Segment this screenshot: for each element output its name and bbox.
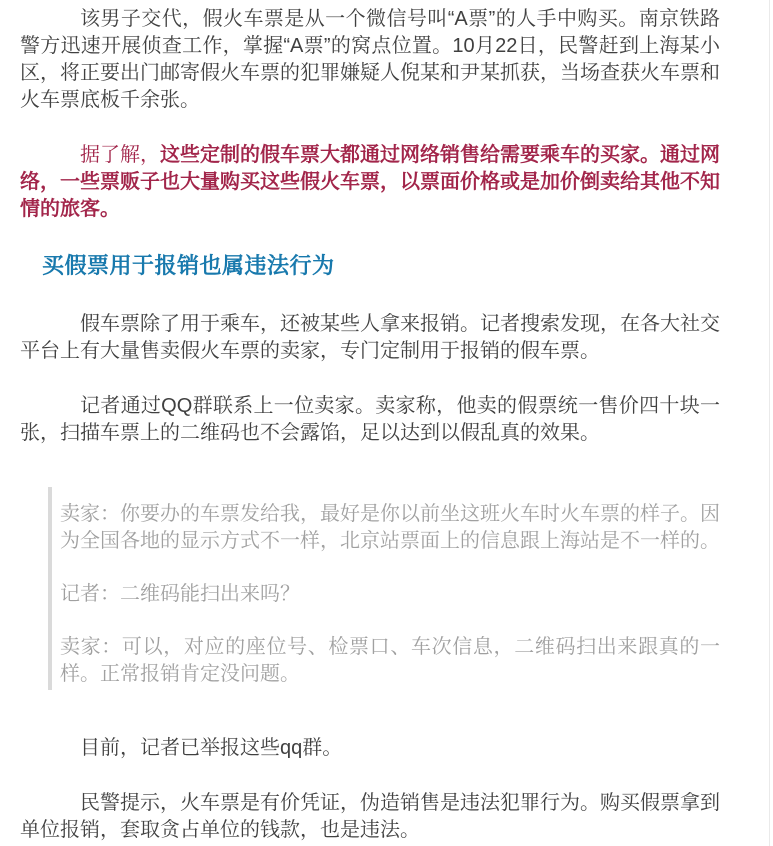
article-body: 该男子交代，假火车票是从一个微信号叫“A票”的人手中购买。南京铁路警方迅速开展侦… xyxy=(0,0,720,844)
quote-reporter-question: 记者：二维码能扫出来吗？ xyxy=(60,581,720,608)
paragraph-qq-seller-contact: 记者通过QQ群联系上一位卖家。卖家称，他卖的假票统一售价四十块一张，扫描车票上的… xyxy=(20,393,720,447)
quote-seller-answer: 卖家：可以，对应的座位号、检票口、车次信息，二维码扫出来跟真的一样。正常报销肯定… xyxy=(60,634,720,688)
section-heading-reimbursement-illegal: 买假票用于报销也属违法行为 xyxy=(42,251,720,281)
article-page: 该男子交代，假火车票是从一个微信号叫“A票”的人手中购买。南京铁路警方迅速开展侦… xyxy=(0,0,773,846)
paragraph-investigation: 该男子交代，假火车票是从一个微信号叫“A票”的人手中购买。南京铁路警方迅速开展侦… xyxy=(20,6,720,114)
page-right-divider xyxy=(769,0,770,846)
paragraph-reimbursement-use: 假车票除了用于乘车，还被某些人拿来报销。记者搜索发现，在各大社交平台上有大量售卖… xyxy=(20,311,720,365)
accent-lead-text: 据了解， xyxy=(80,144,160,166)
paragraph-network-sales: 据了解，这些定制的假车票大都通过网络销售给需要乘车的买家。通过网络，一些票贩子也… xyxy=(20,142,720,223)
paragraph-reported-groups: 目前，记者已举报这些qq群。 xyxy=(20,735,720,762)
paragraph-police-warning: 民警提示，火车票是有价凭证，伪造销售是违法犯罪行为。购买假票拿到单位报销，套取贪… xyxy=(20,790,720,844)
quote-seller-instructions: 卖家：你要办的车票发给我，最好是你以前坐这班火车时火车票的样子。因为全国各地的显… xyxy=(60,501,720,555)
interview-quote-block: 卖家：你要办的车票发给我，最好是你以前坐这班火车时火车票的样子。因为全国各地的显… xyxy=(48,487,720,690)
